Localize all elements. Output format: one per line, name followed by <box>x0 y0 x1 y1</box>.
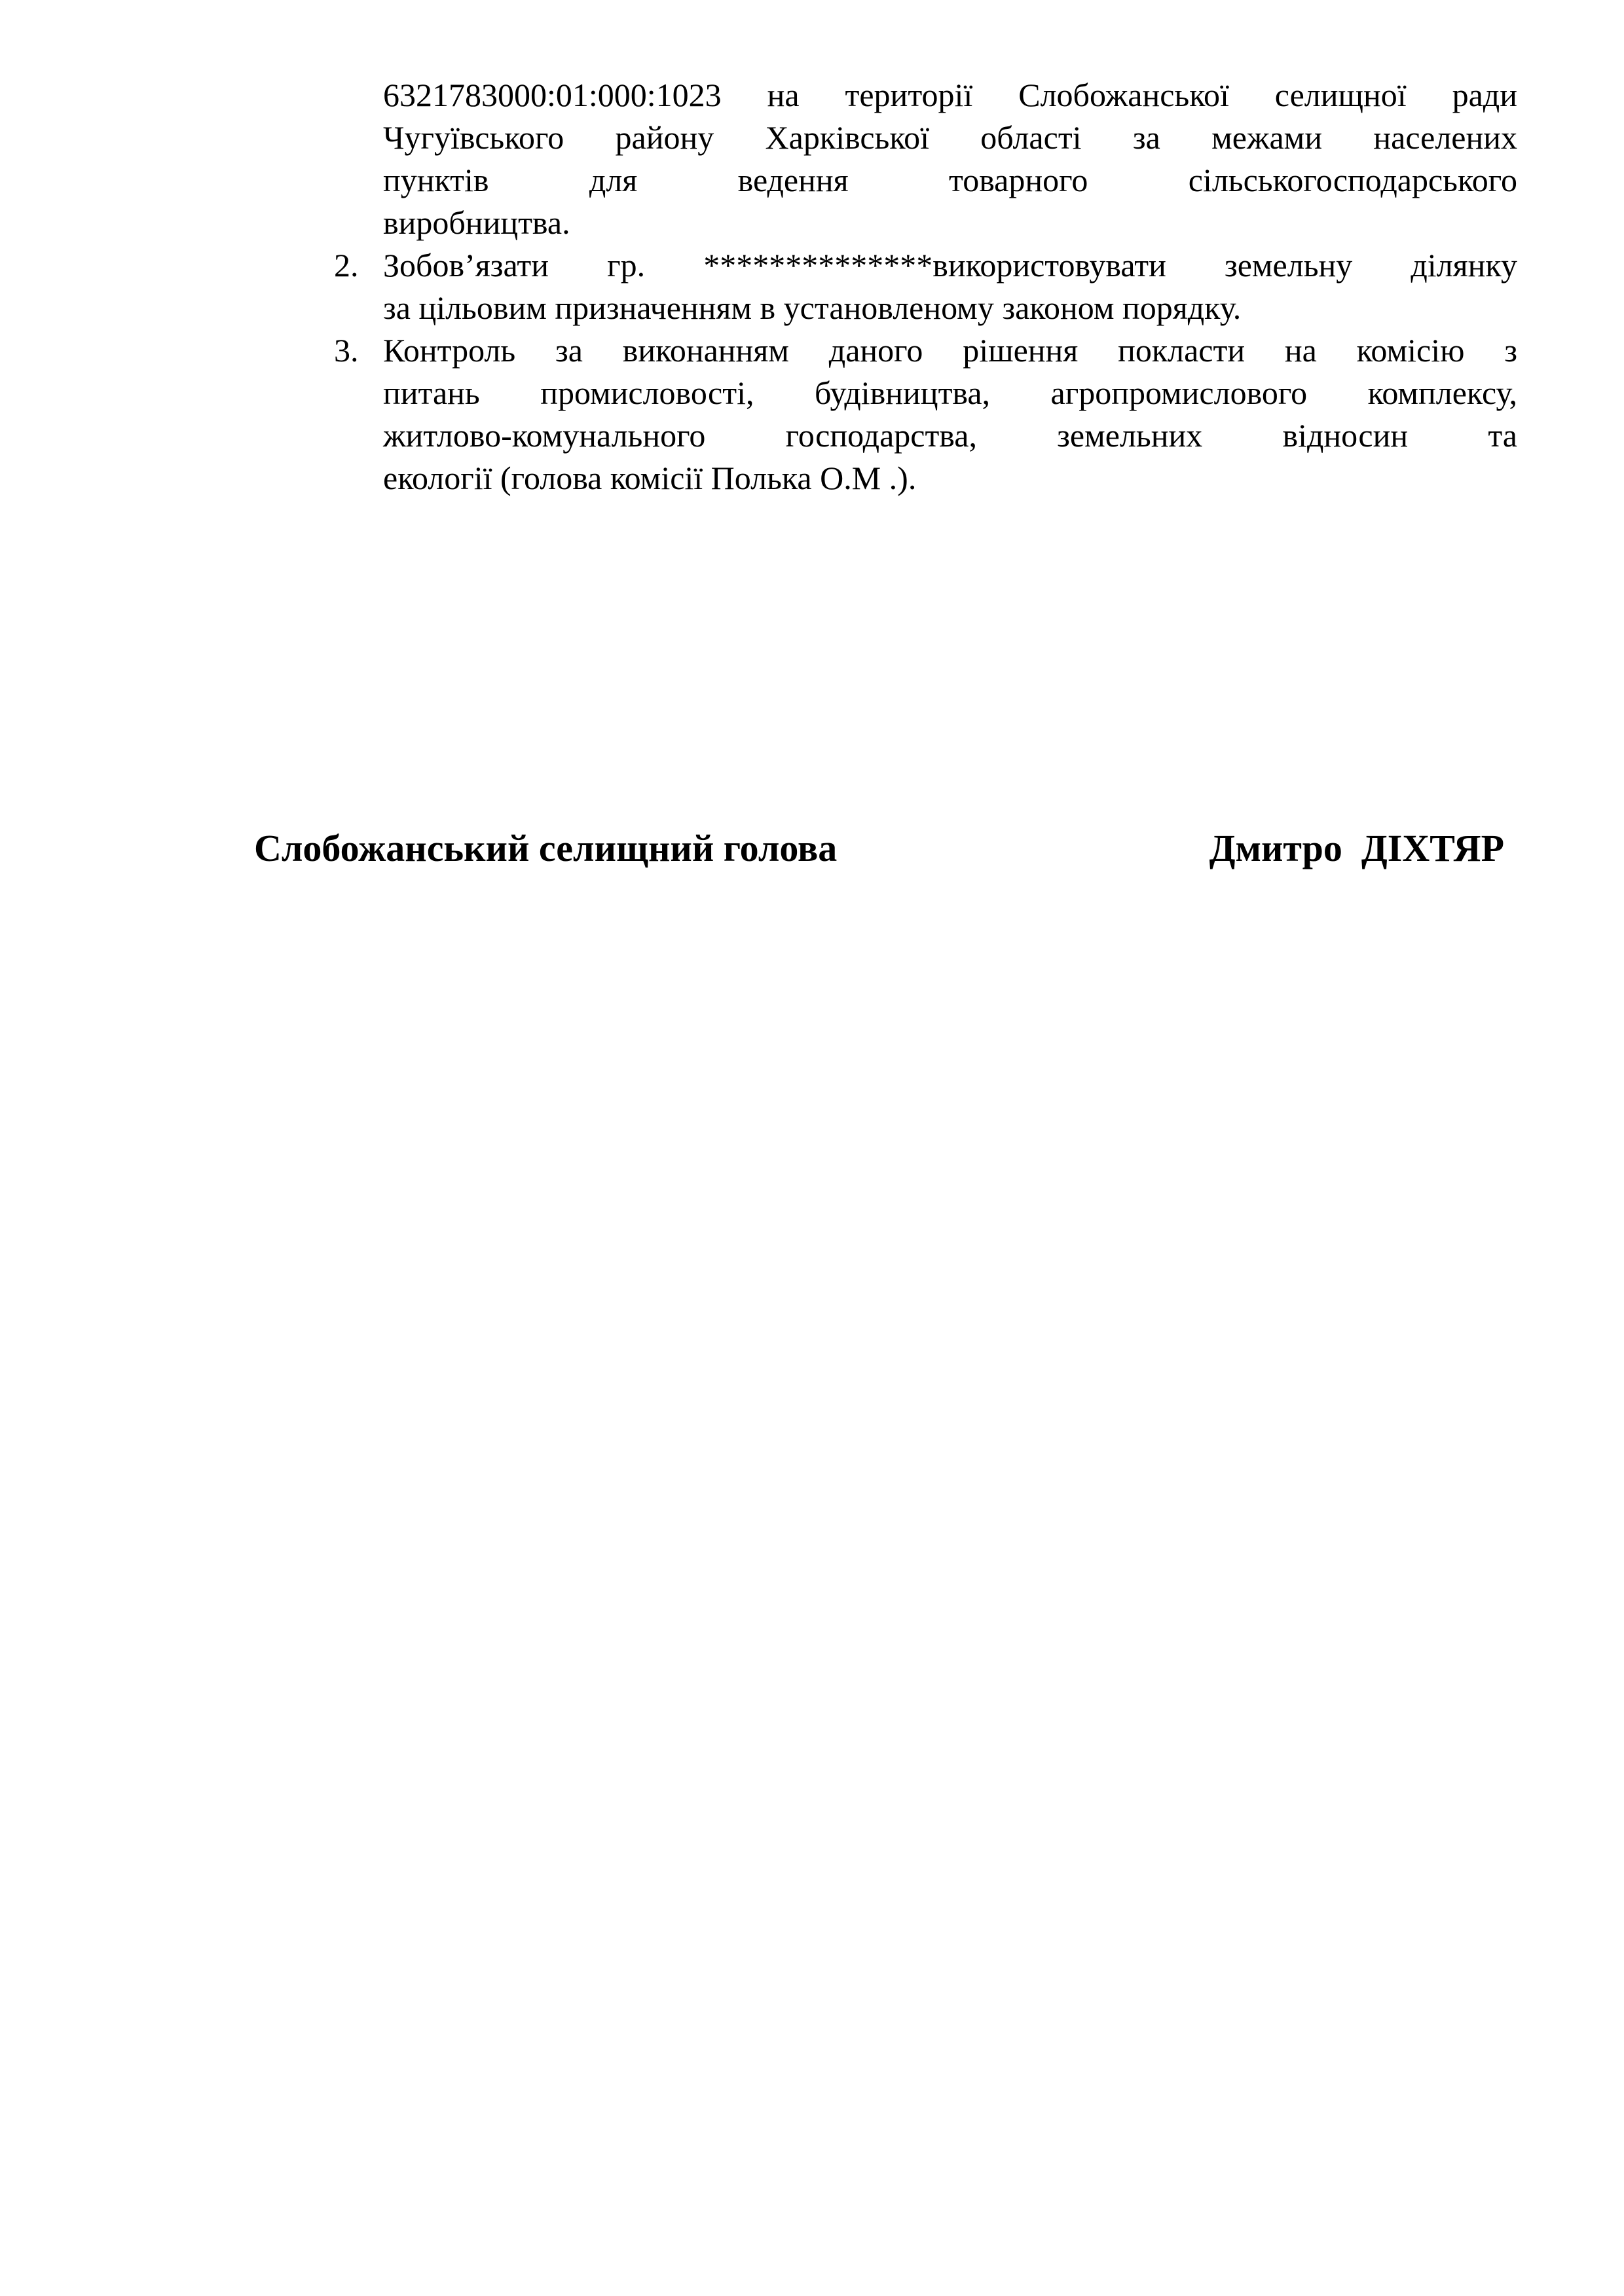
text-line: Зобов’язати гр. **************використов… <box>383 244 1517 287</box>
text-line: виробництва. <box>383 202 1517 244</box>
list-item-3-number: 3. <box>334 329 359 372</box>
signature-name: Дмитро ДІХТЯР <box>1209 826 1504 870</box>
signature-row: Слобожанський селищний голова Дмитро ДІХ… <box>254 826 1504 870</box>
signature-title: Слобожанський селищний голова <box>254 826 837 870</box>
text-line: питань промисловості, будівництва, агроп… <box>383 372 1517 414</box>
text-line: за цільовим призначенням в установленому… <box>383 287 1517 329</box>
list-item-2-number: 2. <box>334 244 359 287</box>
text-line: Контроль за виконанням даного рішення по… <box>383 329 1517 372</box>
document-page: 6321783000:01:000:1023 на території Слоб… <box>0 0 1624 2296</box>
text-line: Чугуївського району Харківської області … <box>383 117 1517 159</box>
text-line: пунктів для ведення товарного сільського… <box>383 159 1517 202</box>
paragraph-item1-continuation: 6321783000:01:000:1023 на території Слоб… <box>383 74 1517 244</box>
list-item-2: 2. Зобов’язати гр. **************викорис… <box>383 244 1517 329</box>
document-body: 6321783000:01:000:1023 на території Слоб… <box>383 74 1517 500</box>
list-item-3: 3. Контроль за виконанням даного рішення… <box>383 329 1517 500</box>
text-line: 6321783000:01:000:1023 на території Слоб… <box>383 74 1517 117</box>
text-line: екології (голова комісії Полька О.М .). <box>383 457 1517 500</box>
text-line: житлово-комунального господарства, земел… <box>383 414 1517 457</box>
